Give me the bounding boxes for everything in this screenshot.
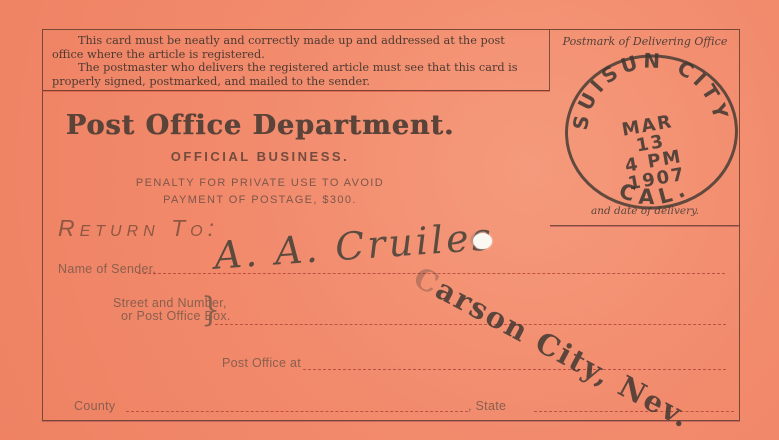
post-office-line [303, 369, 726, 370]
street-line [215, 324, 726, 325]
postmark-stamp-icon: SUISUN CITY MAR 13 4 PM 1907 CAL. [558, 48, 750, 220]
instructions-box: This card must be neatly and correctly m… [42, 29, 550, 91]
department-title: Post Office Department. [50, 110, 470, 141]
return-to-heading: Return To: [58, 215, 219, 242]
post-office-at-label: Post Office at [222, 356, 301, 370]
state-line [534, 411, 734, 412]
penalty-line-1: PENALTY FOR PRIVATE USE TO AVOID [50, 177, 470, 189]
instruction-paragraph-2: The postmaster who delivers the register… [52, 61, 539, 88]
hole-punch [473, 233, 492, 249]
county-label: County [74, 399, 115, 413]
official-business-line: OFFICIAL BUSINESS. [50, 149, 470, 164]
penalty-line-2: PAYMENT OF POSTAGE, $300. [50, 194, 470, 206]
state-label: , State [468, 399, 506, 413]
instruction-paragraph-1: This card must be neatly and correctly m… [52, 34, 539, 61]
postmark-box-caption: Postmark of Delivering Office [550, 35, 740, 48]
county-line [126, 411, 468, 412]
registered-mail-return-card: This card must be neatly and correctly m… [0, 0, 779, 440]
